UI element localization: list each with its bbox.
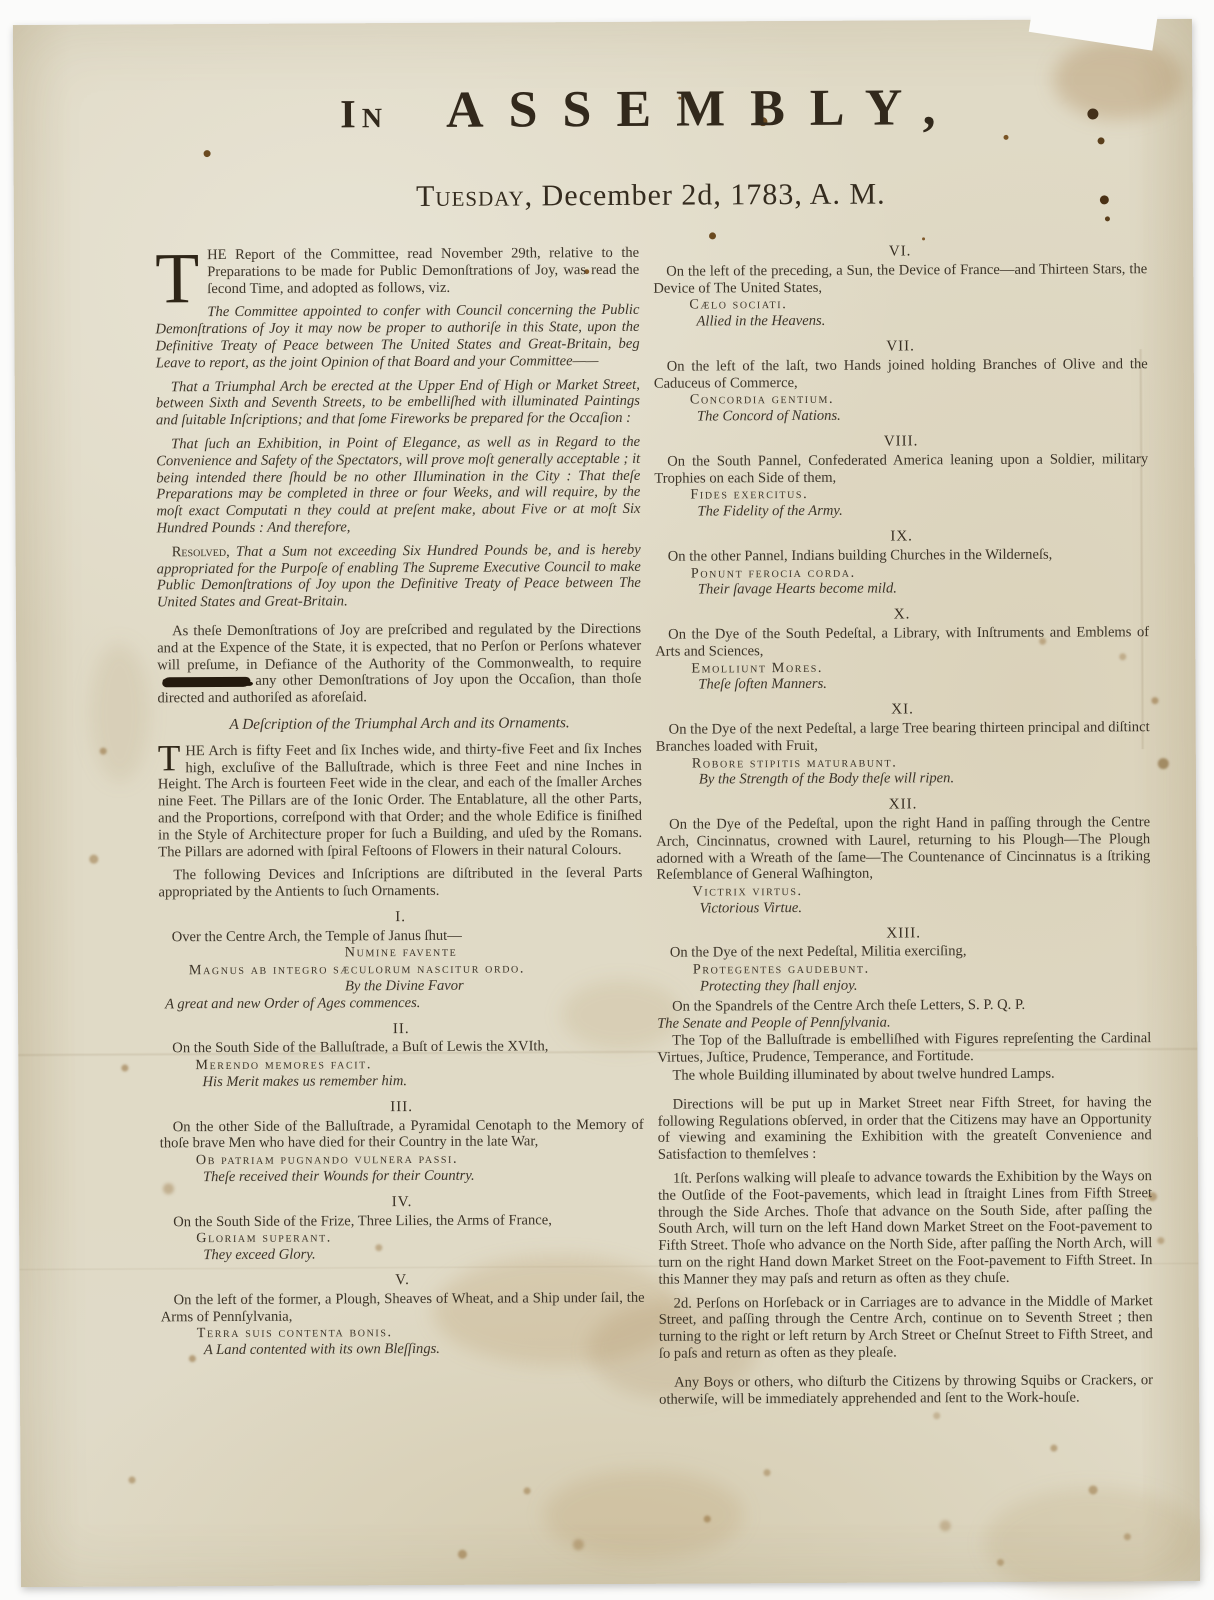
inscription-translation: Protecting they ſhall enjoy. — [700, 976, 1151, 995]
two-column-text: THE Report of the Committee, read Novemb… — [155, 242, 1153, 1418]
device-section-12: XII. On the Dye of the Pedeſtal, upon th… — [656, 795, 1151, 917]
section-body: On the left of the preceding, a Sun, the… — [653, 261, 1147, 297]
dateline-date: December 2d, 1783, A. M. — [533, 178, 886, 213]
inscription-translation: Theſe ſoften Manners. — [698, 674, 1149, 693]
exhibition-paragraph: That ſuch an Exhibition, in Point of Ele… — [156, 434, 641, 537]
inscription-translation: Allied in the Heavens. — [696, 311, 1147, 330]
device-section-8: VIII. On the South Pannel, Confederated … — [654, 432, 1148, 521]
regulation-paragraph: As theſe Demonſtrations of Joy are preſc… — [157, 621, 641, 708]
device-section-13: XIII. On the Dye of the next Pedeſtal, M… — [657, 924, 1151, 996]
ballustrade-top-paragraph: The Top of the Balluſtrade is embelliſhe… — [657, 1031, 1151, 1067]
inscription-translation: The Concord of Nations. — [697, 406, 1148, 425]
directions-paragraph: Directions will be put up in Market Stre… — [658, 1094, 1152, 1164]
device-section-2: II. On the South Side of the Balluſtrade… — [159, 1019, 643, 1091]
regulation-1-paragraph: 1ſt. Perſons walking will pleaſe to adva… — [658, 1168, 1153, 1288]
document-paper: InASSEMBLY, Tuesday, December 2d, 1783, … — [13, 19, 1200, 1587]
arch-dimensions-paragraph: THE Arch is fifty Feet and ſix Inches wi… — [158, 741, 643, 861]
regulation-2-paragraph: 2d. Perſons on Horſeback or in Carriages… — [659, 1293, 1153, 1363]
squibs-warning-paragraph: Any Boys or others, who diſturb the Citi… — [659, 1372, 1153, 1408]
description-heading: A Deſcription of the Triumphal Arch and … — [158, 715, 642, 734]
left-column: THE Report of the Committee, read Novemb… — [155, 245, 645, 1418]
drop-cap: T — [158, 744, 181, 773]
inscription-translation: His Merit makes us remember him. — [202, 1072, 643, 1091]
section-body: On the Dye of the South Pedeſtal, a Libr… — [655, 624, 1149, 660]
spandrels-translation: The Senate and People of Pennſylvania. — [657, 1013, 1151, 1032]
arch-resolution-paragraph: That a Triumphal Arch be erected at the … — [156, 376, 640, 429]
section-body: On the other Side of the Balluſtrade, a … — [160, 1116, 644, 1152]
inscription-translation: By the Strength of the Body theſe will r… — [699, 769, 1150, 788]
stain — [984, 1487, 1205, 1598]
inscription-translation: A great and new Order of Ages commences. — [165, 994, 643, 1013]
section-body: On the South Pannel, Confederated Americ… — [654, 451, 1148, 487]
section-numeral: III. — [160, 1098, 644, 1117]
device-section-7: VII. On the left of the laſt, two Hands … — [654, 337, 1148, 426]
inscription-translation: Victorious Virtue. — [700, 898, 1151, 917]
dateline-day: Tuesday, — [416, 179, 533, 213]
resolved-lead: Resolved, — [172, 544, 230, 560]
device-section-11: XI. On the Dye of the next Pedeſtal, a l… — [655, 700, 1149, 789]
lamps-paragraph: The whole Building illuminated by about … — [657, 1065, 1151, 1084]
section-numeral: XIII. — [657, 924, 1151, 943]
report-paragraph: THE Report of the Committee, read Novemb… — [155, 245, 639, 298]
device-section-6: VI. On the left of the preceding, a Sun,… — [653, 242, 1147, 331]
stain — [543, 1469, 743, 1560]
title-word-in: In — [340, 91, 388, 136]
section-numeral: IV. — [160, 1193, 644, 1212]
devices-intro-paragraph: The following Devices and Inſcriptions a… — [158, 865, 642, 901]
latin-inscription: Numine favente — [345, 943, 643, 961]
inscription-translation: By the Divine Favor — [345, 977, 643, 995]
section-body: On the Dye of the Pedeſtal, upon the rig… — [656, 814, 1150, 884]
page-title: InASSEMBLY, — [154, 77, 1146, 141]
section-numeral: VI. — [653, 242, 1147, 261]
section-numeral: VIII. — [654, 432, 1148, 451]
section-body: On the Dye of the next Pedeſtal, a large… — [656, 719, 1150, 755]
section-numeral: VII. — [654, 337, 1148, 356]
inscription-translation: Theſe received their Wounds for their Co… — [203, 1167, 644, 1186]
section-numeral: XII. — [656, 795, 1150, 814]
inscription-translation: They exceed Glory. — [203, 1245, 644, 1264]
ink-blot-redaction — [161, 677, 251, 687]
right-column: VI. On the left of the preceding, a Sun,… — [653, 242, 1153, 1415]
resolved-paragraph: Resolved, That a Sum not exceeding Six H… — [157, 542, 641, 612]
inscription-translation: Their ſavage Hearts become mild. — [698, 580, 1149, 599]
drop-cap: T — [155, 250, 199, 306]
printed-content: InASSEMBLY, Tuesday, December 2d, 1783, … — [13, 19, 1199, 1419]
device-section-4: IV. On the South Side of the Frize, Thre… — [160, 1193, 644, 1265]
section-numeral: IX. — [655, 527, 1149, 546]
title-word-assembly: ASSEMBLY, — [446, 79, 961, 139]
section-body: On the left of the laſt, two Hands joine… — [654, 356, 1148, 392]
device-section-5: V. On the left of the former, a Plough, … — [160, 1271, 644, 1360]
device-section-10: X. On the Dye of the South Pedeſtal, a L… — [655, 605, 1149, 694]
device-section-9: IX. On the other Pannel, Indians buildin… — [655, 527, 1149, 599]
section-numeral: XI. — [655, 700, 1149, 719]
committee-paragraph: The Committee appointed to confer with C… — [155, 302, 639, 372]
dateline: Tuesday, December 2d, 1783, A. M. — [155, 176, 1147, 215]
section-numeral: X. — [655, 605, 1149, 624]
inscription-translation: A Land contented with its own Bleſſings. — [204, 1340, 645, 1359]
section-body: On the left of the former, a Plough, She… — [161, 1290, 645, 1326]
section-numeral: I. — [159, 908, 643, 927]
device-section-1: I. Over the Centre Arch, the Temple of J… — [159, 908, 644, 1013]
section-numeral: V. — [160, 1271, 644, 1290]
section-numeral: II. — [159, 1019, 643, 1038]
device-section-3: III. On the other Side of the Balluſtrad… — [160, 1098, 644, 1187]
inscription-translation: The Fidelity of the Army. — [697, 501, 1148, 520]
